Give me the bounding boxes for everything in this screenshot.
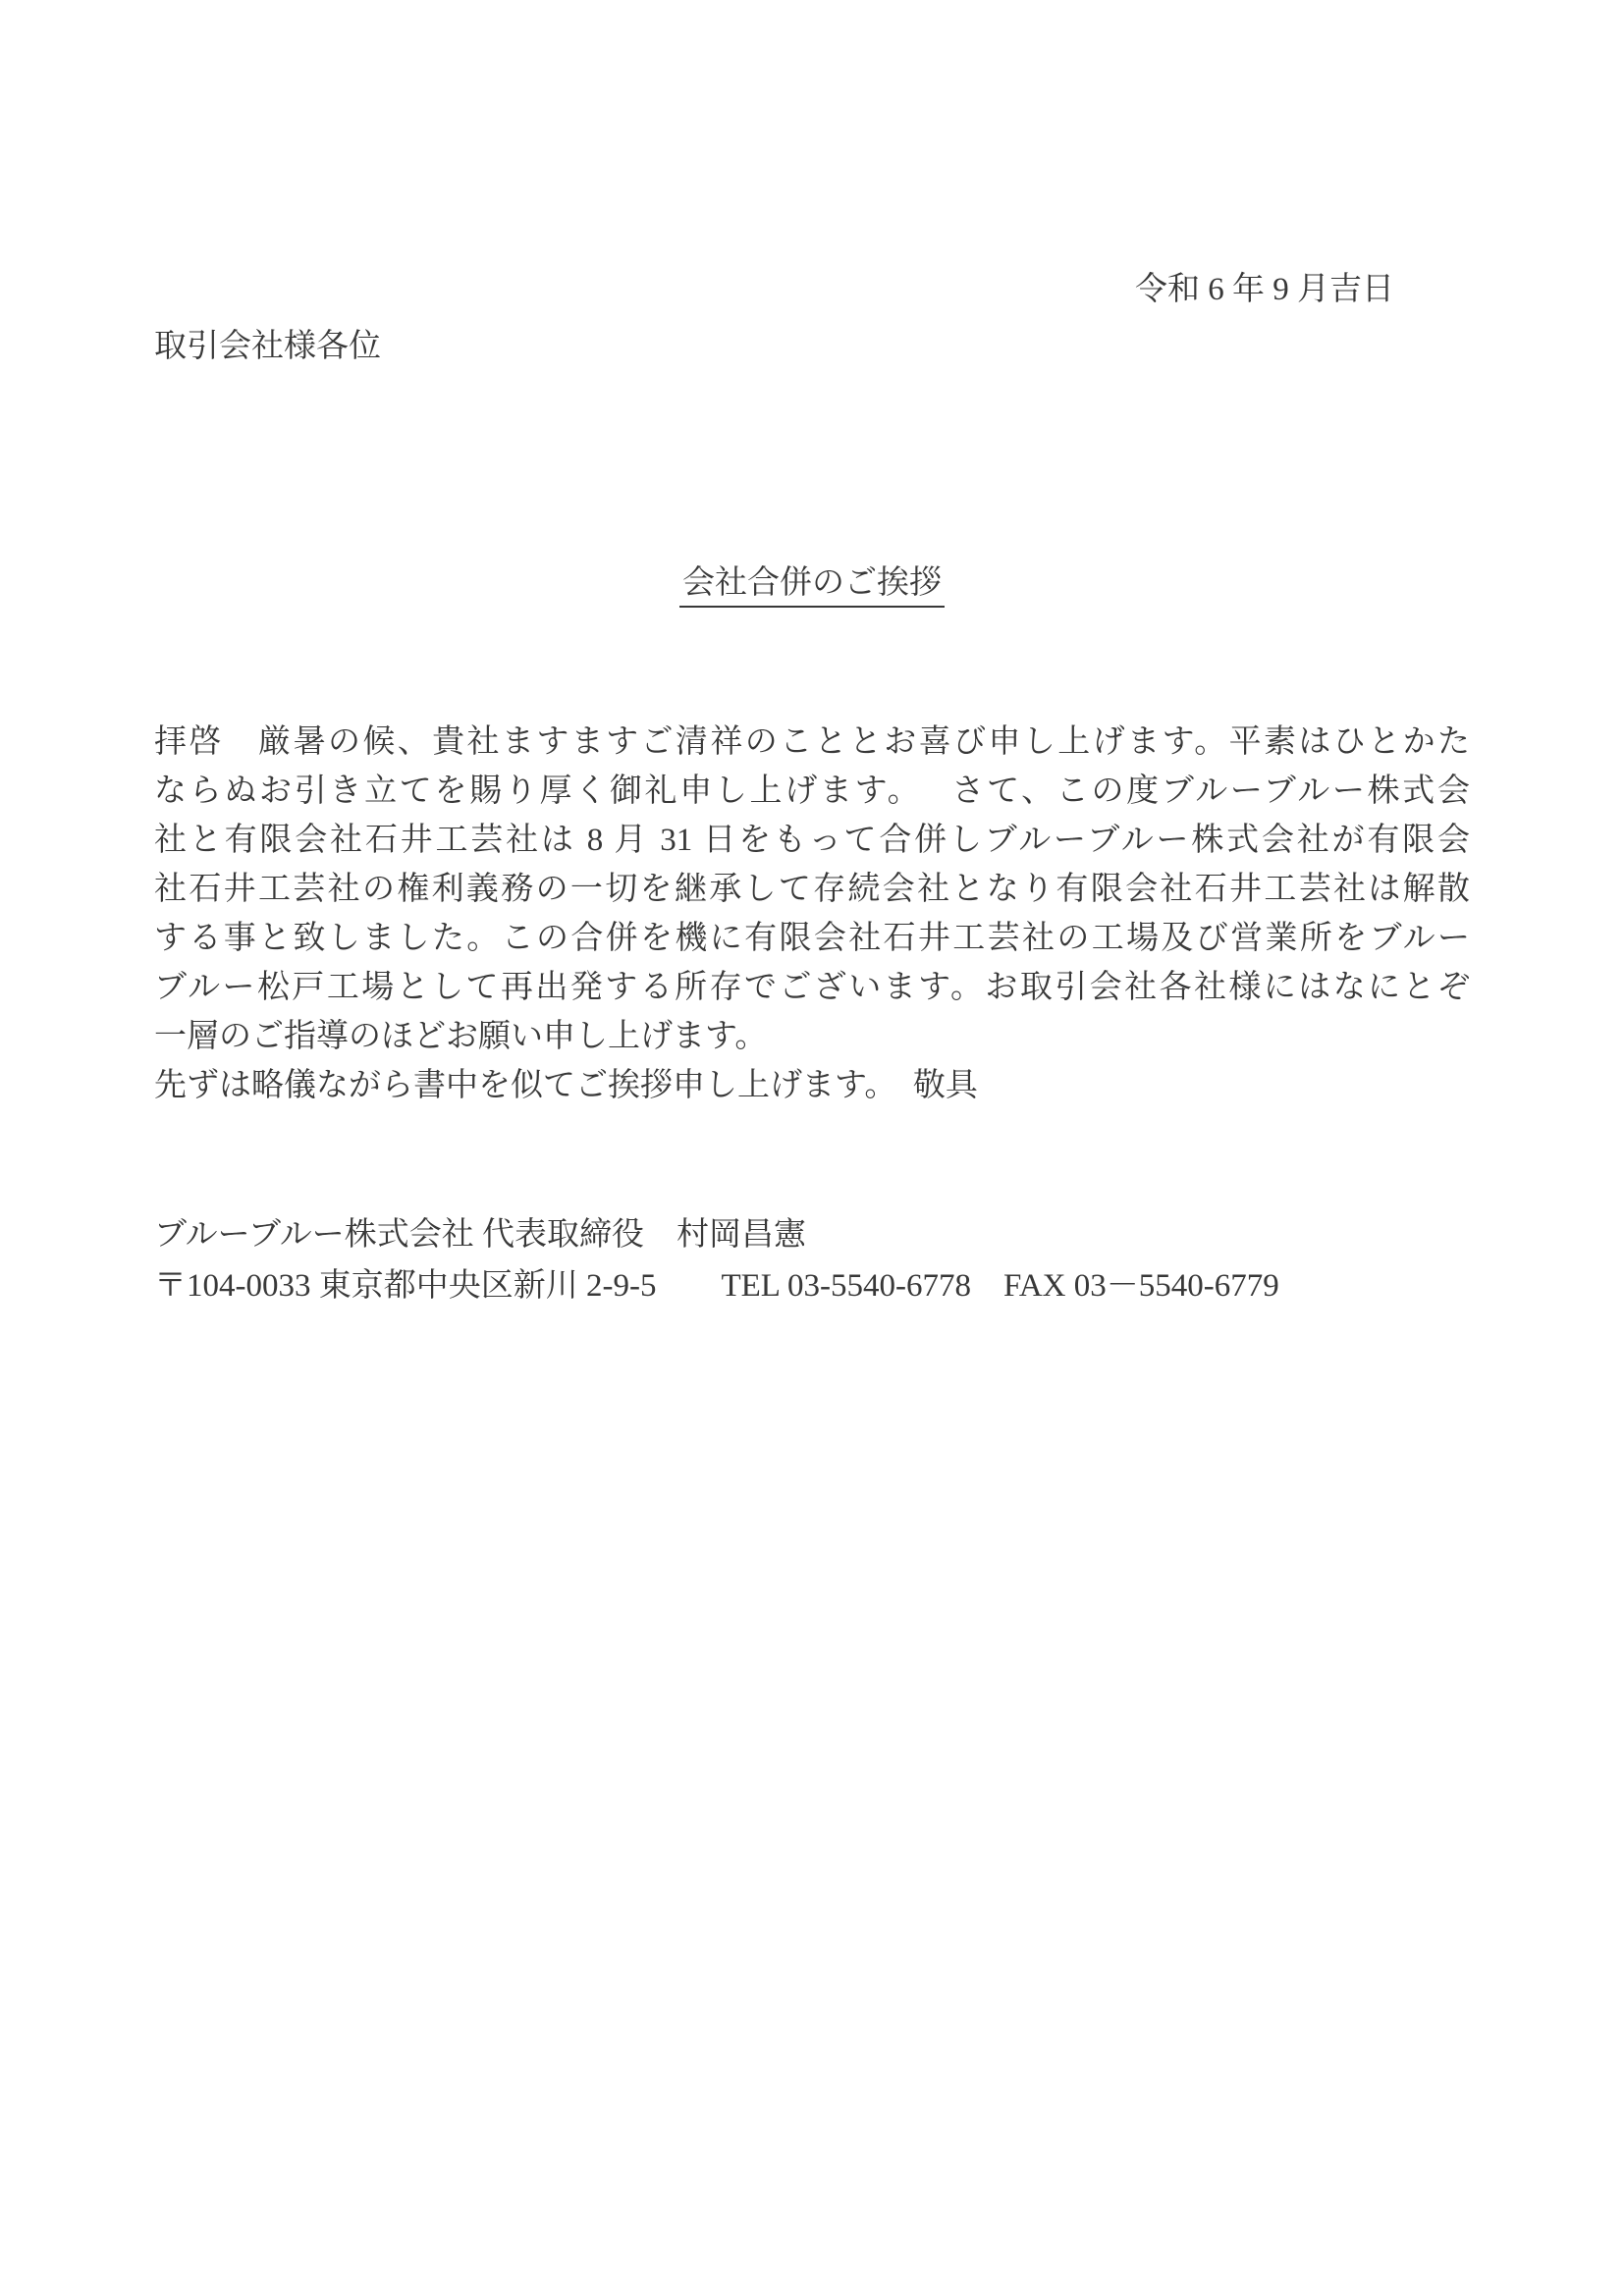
date-line: 令和 6 年 9 月吉日 <box>154 265 1470 314</box>
recipient-line: 取引会社様各位 <box>154 322 1470 371</box>
body-line-8: 先ずは略儀ながら書中を似てご挨拶申し上げます。 敬具 <box>154 1061 1470 1110</box>
letter-title-row: 会社合併のご挨拶 <box>154 564 1470 608</box>
signature-block: ブルーブルー株式会社 代表取締役 村岡昌憲 〒104-0033 東京都中央区新川… <box>154 1210 1470 1310</box>
body-line-5: する事と致しました。この合併を機に有限会社石井工芸社の工場及び営業所をブルー <box>154 914 1470 963</box>
letter-content: 令和 6 年 9 月吉日 取引会社様各位 会社合併のご挨拶 拝啓 厳暑の候、貴社… <box>0 0 1624 1310</box>
body-line-2: ならぬお引き立てを賜り厚く御礼申し上げます。 さて、この度ブルーブルー株式会 <box>154 767 1470 816</box>
body-line-1: 拝啓 厳暑の候、貴社ますますご清祥のこととお喜び申し上げます。平素はひとかた <box>154 718 1470 767</box>
letter-body: 拝啓 厳暑の候、貴社ますますご清祥のこととお喜び申し上げます。平素はひとかた な… <box>154 718 1470 1110</box>
body-line-4: 社石井工芸社の権利義務の一切を継承して存続会社となり有限会社石井工芸社は解散 <box>154 865 1470 914</box>
body-line-6: ブルー松戸工場として再出発する所存でございます。お取引会社各社様にはなにとぞ <box>154 963 1470 1012</box>
body-line-7: 一層のご指導のほどお願い申し上げます。 <box>154 1012 1470 1061</box>
letter-title: 会社合併のご挨拶 <box>679 564 945 608</box>
signature-address-line: 〒104-0033 東京都中央区新川 2-9-5 TEL 03-5540-677… <box>154 1261 1470 1310</box>
signature-company-line: ブルーブルー株式会社 代表取締役 村岡昌憲 <box>154 1210 1470 1259</box>
document-page: 令和 6 年 9 月吉日 取引会社様各位 会社合併のご挨拶 拝啓 厳暑の候、貴社… <box>0 0 1624 2296</box>
body-line-3: 社と有限会社石井工芸社は 8 月 31 日をもって合併しブルーブルー株式会社が有… <box>154 816 1470 865</box>
